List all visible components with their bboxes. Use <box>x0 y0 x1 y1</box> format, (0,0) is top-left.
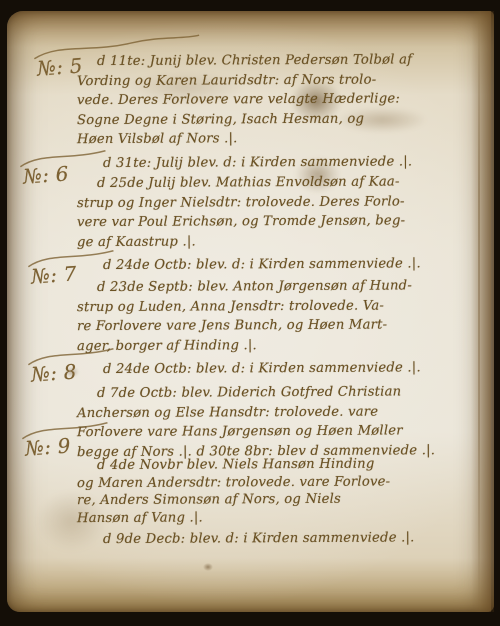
entry-line: Forlovere vare Hans Jørgensøn og Høen Mø… <box>77 421 500 443</box>
entry-number-6: №: 6 <box>22 161 69 188</box>
entry-line: Anchersøn og Else Hansdtr: trolovede. va… <box>77 401 500 423</box>
entry-line: d 7de Octb: blev. Diderich Gotfred Chris… <box>97 382 500 404</box>
register-entry: d 25de Julij blev. Mathias Envoldsøn af … <box>77 173 500 275</box>
entry-line: d 25de Julij blev. Mathias Envoldsøn af … <box>97 172 500 194</box>
entry-line: ge af Kaastrup .|. <box>77 230 500 252</box>
entry-number-8: №: 8 <box>30 359 77 386</box>
entry-line: d 9de Decb: blev. d: i Kirden sammenvied… <box>103 529 500 549</box>
register-entry: d 7de Octb: blev. Diderich Gotfred Chris… <box>77 383 500 461</box>
entry-line: Sogne Degne i Støring, Isach Hesman, og <box>77 108 500 130</box>
entry-line: og Maren Andersdtr: trolovede. vare Forl… <box>77 472 500 492</box>
entry-line: d 24de Octb: blev. d: i Kirden sammenvie… <box>103 254 500 276</box>
entry-line: Høen Vilsbøl af Nors .|. <box>77 128 500 150</box>
entry-number-9: №: 9 <box>24 433 71 460</box>
register-entry: d 4de Novbr blev. Niels Hansøn Hinding o… <box>77 456 500 548</box>
entry-number-label: №: 9 <box>24 433 71 460</box>
entry-line: strup og Luden, Anna Jensdtr: trolovede.… <box>77 295 500 317</box>
entry-line: ager, borger af Hinding .|. <box>77 334 500 356</box>
parchment-page: №: 5 №: 6 №: 7 №: 8 №: 9 d 11te: Junij b… <box>7 11 494 612</box>
paper-speck <box>203 563 213 571</box>
entry-line: Hansøn af Vang .|. <box>77 507 500 527</box>
page-fore-edge <box>471 11 494 612</box>
entry-line: d 4de Novbr blev. Niels Hansøn Hinding <box>97 455 500 475</box>
register-entry: d 23de Septb: blev. Anton Jørgensøn af H… <box>77 277 500 379</box>
entry-line: d 31te: Julij blev. d: i Kirden sammenvi… <box>103 151 500 173</box>
entry-number-label: №: 8 <box>30 359 77 386</box>
entry-line: d 24de Octb: blev. d: i Kirden sammenvie… <box>103 358 500 380</box>
entry-line: Vording og Karen Lauridsdtr: af Nors tro… <box>77 69 500 91</box>
entry-line: strup og Inger Nielsdtr: trolovede. Dere… <box>77 191 500 213</box>
entry-line: vere var Poul Erichsøn, og Tromde Jensøn… <box>77 211 500 233</box>
entry-line: d 11te: Junij blev. Christen Pedersøn To… <box>97 50 500 72</box>
entry-number-label: №: 7 <box>30 261 77 288</box>
entry-line: re, Anders Simonsøn af Nors, og Niels <box>77 490 500 510</box>
entry-line: vede. Deres Forlovere vare velagte Hæder… <box>77 89 500 111</box>
entry-line: d 23de Septb: blev. Anton Jørgensøn af H… <box>97 276 500 298</box>
register-entry: d 11te: Junij blev. Christen Pedersøn To… <box>77 51 500 172</box>
entry-number-7: №: 7 <box>30 261 77 288</box>
entry-line: re Forlovere vare Jens Bunch, og Høen Ma… <box>77 315 500 337</box>
entry-number-label: №: 6 <box>22 161 69 188</box>
manuscript-scan: №: 5 №: 6 №: 7 №: 8 №: 9 d 11te: Junij b… <box>0 0 500 626</box>
